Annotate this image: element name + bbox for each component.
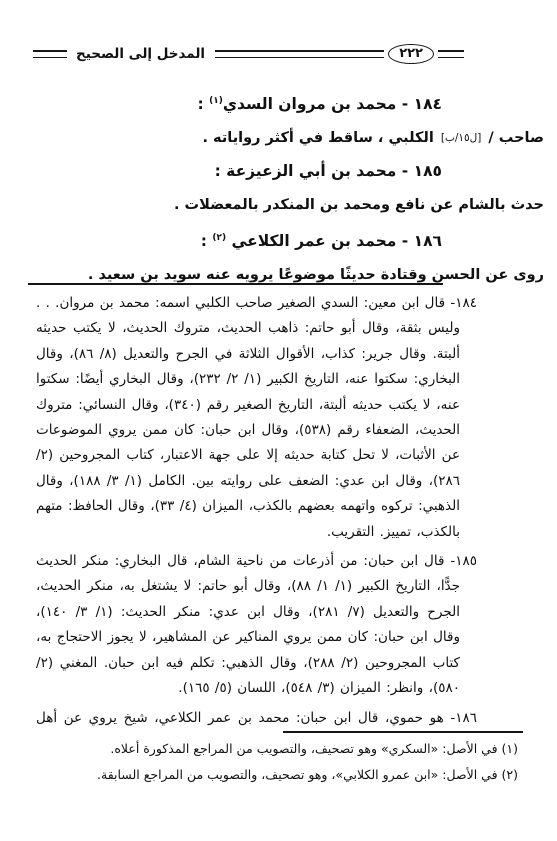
main-text: ١٨٤ - محمد بن مروان السدي(١) : صاحب /[ل١… xyxy=(30,85,544,292)
entry-184-body-rest: الكلبي ، ساقط في أكثر رواياته . xyxy=(202,130,433,146)
entry-184-heading: ١٨٤ - محمد بن مروان السدي(١) : xyxy=(30,85,442,122)
entry-186-heading-text: ١٨٦ - محمد بن عمر الكلاعي xyxy=(232,232,443,250)
page-number-badge: ٢٢٢ xyxy=(388,44,434,64)
entry-185-body: حدث بالشام عن نافع ومحمد بن المنكدر بالم… xyxy=(30,189,544,223)
folio-note: [ل١٥/ب] xyxy=(441,132,482,144)
page-header: المدخل إلى الصحيح ٢٢٢ xyxy=(0,44,557,64)
header-rule-middle xyxy=(215,50,384,58)
footnotes-block: ١٨٤- قال ابن معين: السدي الصغير صاحب الك… xyxy=(36,291,477,728)
book-title: المدخل إلى الصحيح xyxy=(76,46,205,62)
entry-185-heading-text: ١٨٥ - محمد بن أبي الزعيزعة : xyxy=(215,162,442,180)
entry-184-heading-colon: : xyxy=(197,95,209,113)
header-rule-right xyxy=(438,50,464,58)
footnote-separator-rule xyxy=(28,283,443,285)
entry-184-body-start: صاحب / xyxy=(488,130,544,146)
entry-186-heading-colon: : xyxy=(201,232,213,250)
editor-note-1: (١) في الأصل: «السكري» وهو تصحيف، والتصو… xyxy=(30,736,518,762)
entry-184-body: صاحب /[ل١٥/ب]الكلبي ، ساقط في أكثر روايا… xyxy=(30,122,544,156)
entry-185-heading: ١٨٥ - محمد بن أبي الزعيزعة : xyxy=(30,155,442,189)
entry-186-heading: ١٨٦ - محمد بن عمر الكلاعي (٢) : xyxy=(30,222,442,259)
footnote-184: ١٨٤- قال ابن معين: السدي الصغير صاحب الك… xyxy=(36,291,477,545)
entry-186-body: روى عن الحسن وقتادة حديثًا موضوعًا يرويه… xyxy=(30,259,544,293)
editor-notes-separator-rule xyxy=(283,731,523,733)
editor-note-2: (٢) في الأصل: «ابن عمرو الكلابي»، وهو تص… xyxy=(30,762,518,788)
editor-notes-block: (١) في الأصل: «السكري» وهو تصحيف، والتصو… xyxy=(30,736,518,788)
book-page: المدخل إلى الصحيح ٢٢٢ ١٨٤ - محمد بن مروا… xyxy=(0,0,557,841)
entry-184-heading-text: ١٨٤ - محمد بن مروان السدي xyxy=(223,95,442,113)
footnote-186: ١٨٦- هو حموي، قال ابن حبان: محمد بن عمر … xyxy=(36,706,477,729)
entry-184-footnote-marker: (١) xyxy=(209,96,223,106)
header-rule-left xyxy=(33,50,67,58)
entry-186-footnote-marker: (٢) xyxy=(212,233,226,243)
footnote-185: ١٨٥- قال ابن حبان: من أذرعات من ناحية ال… xyxy=(36,549,477,701)
